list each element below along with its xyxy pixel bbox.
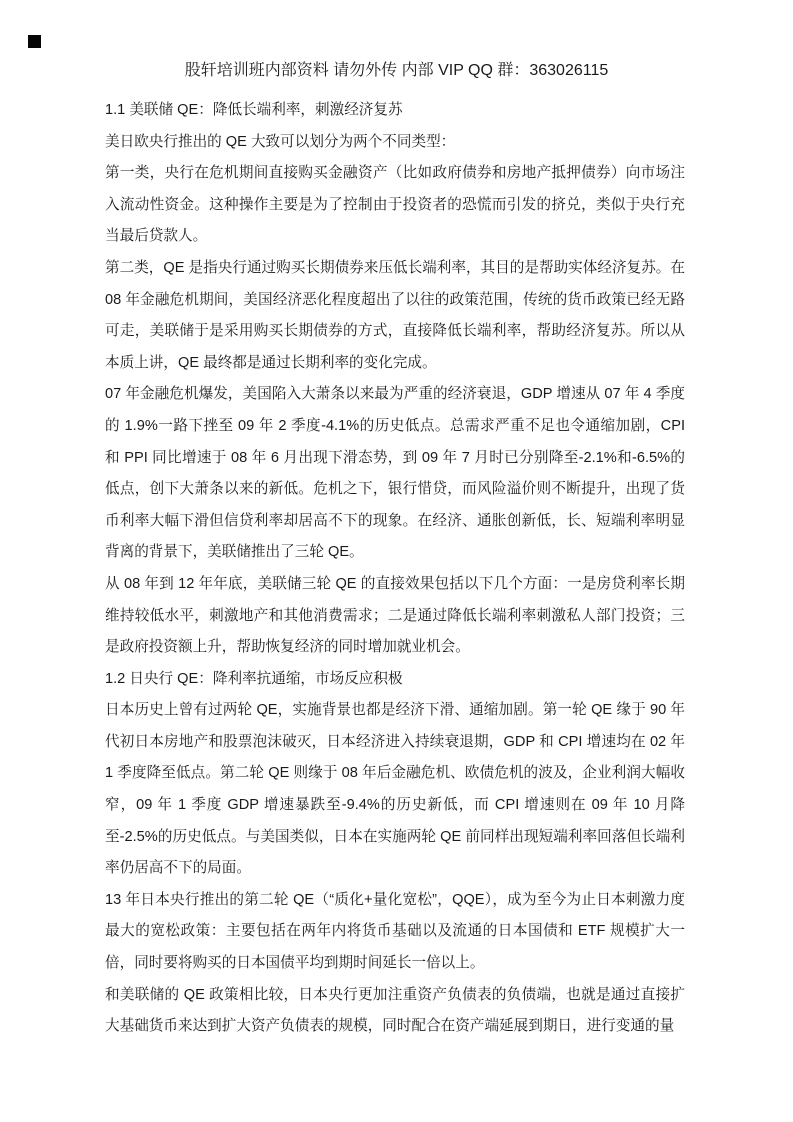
paragraph: 07 年金融危机爆发，美国陷入大萧条以来最为严重的经济衰退，GDP 增速从 07… bbox=[105, 379, 685, 569]
stray-ink-mark bbox=[28, 35, 41, 48]
document-page: 股轩培训班内部资料 请勿外传 内部 VIP QQ 群：363026115 1.1… bbox=[0, 0, 793, 1122]
paragraph: 13 年日本央行推出的第二轮 QE（“质化+量化宽松”，QQE），成为至今为止日… bbox=[105, 885, 685, 980]
paragraph: 从 08 年到 12 年年底，美联储三轮 QE 的直接效果包括以下几个方面：一是… bbox=[105, 569, 685, 664]
paragraph: 第一类，央行在危机期间直接购买金融资产（比如政府债券和房地产抵押债券）向市场注入… bbox=[105, 158, 685, 253]
paragraph: 美日欧央行推出的 QE 大致可以划分为两个不同类型： bbox=[105, 127, 685, 159]
document-body: 1.1 美联储 QE：降低长端利率，刺激经济复苏美日欧央行推出的 QE 大致可以… bbox=[105, 95, 685, 1043]
section-heading: 1.1 美联储 QE：降低长端利率，刺激经济复苏 bbox=[105, 95, 685, 127]
header-notice: 股轩培训班内部资料 请勿外传 内部 VIP QQ 群：363026115 bbox=[0, 55, 793, 87]
paragraph: 和美联储的 QE 政策相比较，日本央行更加注重资产负债表的负债端，也就是通过直接… bbox=[105, 980, 685, 1043]
section-heading: 1.2 日央行 QE：降利率抗通缩，市场反应积极 bbox=[105, 664, 685, 696]
paragraph: 日本历史上曾有过两轮 QE，实施背景也都是经济下滑、通缩加剧。第一轮 QE 缘于… bbox=[105, 695, 685, 885]
paragraph: 第二类，QE 是指央行通过购买长期债券来压低长端利率，其目的是帮助实体经济复苏。… bbox=[105, 253, 685, 379]
